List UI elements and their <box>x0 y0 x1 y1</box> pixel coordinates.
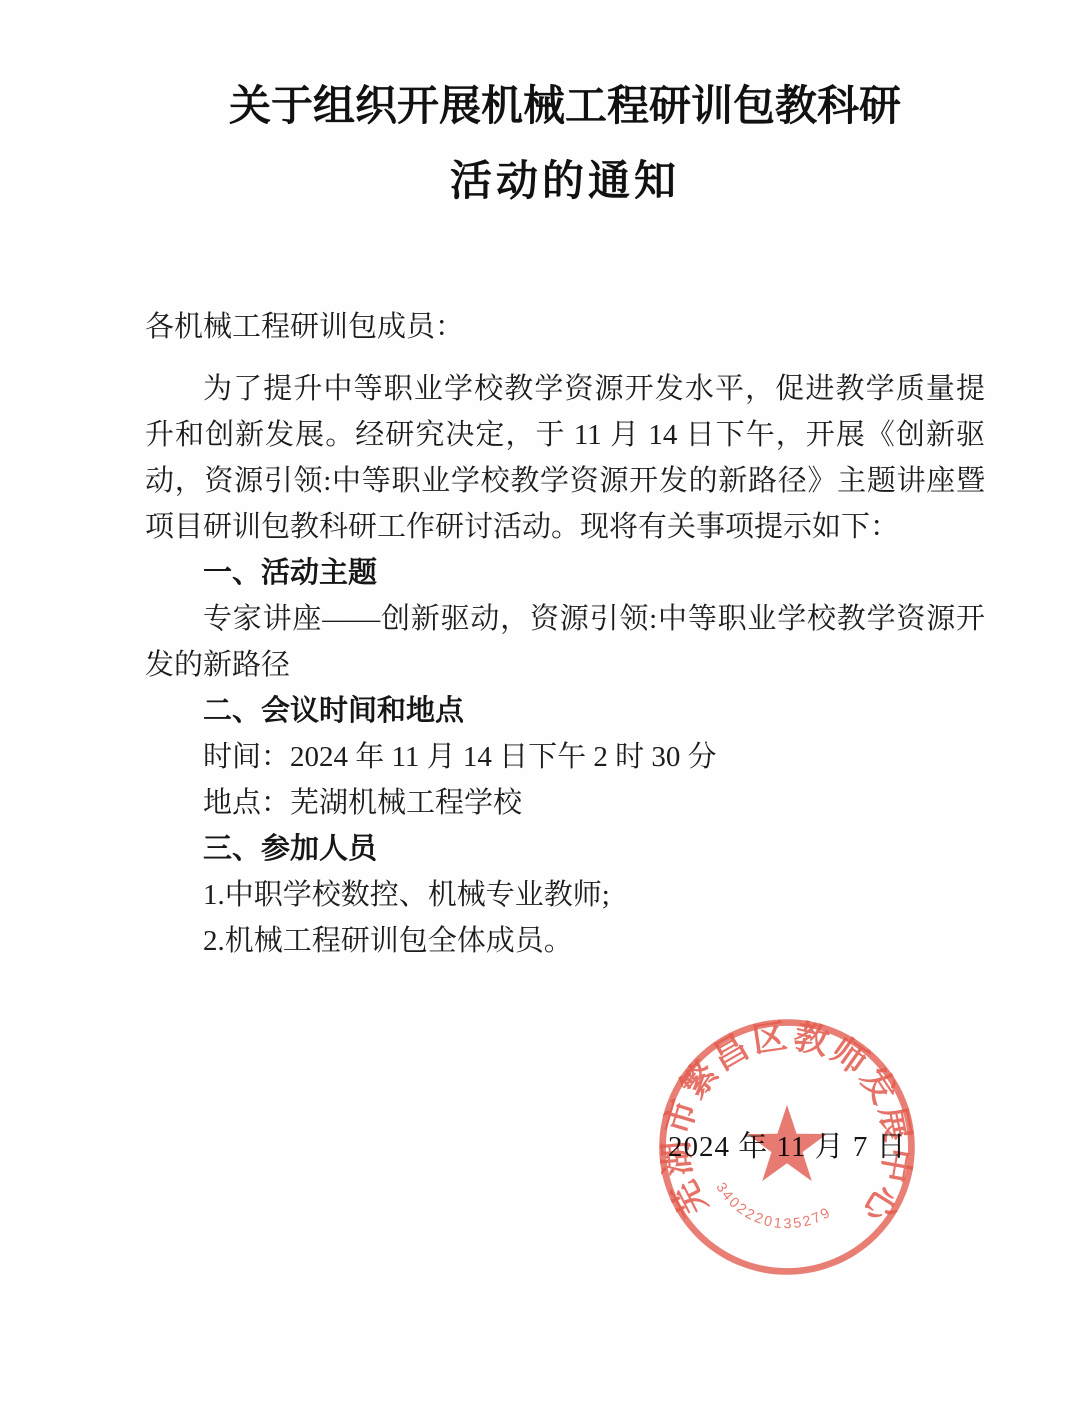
participants-item: 1.中职学校数控、机械专业教师; <box>145 872 985 918</box>
meeting-time-line: 时间：2024 年 11 月 14 日下午 2 时 30 分 <box>145 734 985 780</box>
meeting-place-line: 地点：芜湖机械工程学校 <box>145 780 985 826</box>
seal-serial-number: 3402220135279 <box>712 1180 834 1232</box>
signoff-date: 2024 年 11 月 7 日 <box>668 1124 907 1165</box>
section1-line: 发的新路径 <box>145 642 985 688</box>
document-title-line2: 活动的通知 <box>145 145 985 220</box>
notice-document-page: 关于组织开展机械工程研训包教科研 活动的通知 各机械工程研训包成员： 为了提升中… <box>0 0 1080 1421</box>
document-body: 各机械工程研训包成员： 为了提升中等职业学校教学资源开发水平，促进教学质量提 升… <box>145 304 985 964</box>
section1-heading: 一、活动主题 <box>145 550 985 596</box>
paragraph-line: 升和创新发展。经研究决定，于 11 月 14 日下午，开展《创新驱 <box>145 412 985 458</box>
salutation-line: 各机械工程研训包成员： <box>145 304 985 350</box>
section2-heading: 二、会议时间和地点 <box>145 688 985 734</box>
participants-item: 2.机械工程研训包全体成员。 <box>145 918 985 964</box>
section1-line: 专家讲座——创新驱动，资源引领:中等职业学校教学资源开 <box>145 596 985 642</box>
paragraph-line: 动，资源引领:中等职业学校教学资源开发的新路径》主题讲座暨 <box>145 458 985 504</box>
paragraph-line: 为了提升中等职业学校教学资源开发水平，促进教学质量提 <box>145 366 985 412</box>
paragraph-line: 项目研训包教科研工作研讨活动。现将有关事项提示如下： <box>145 504 985 550</box>
section3-heading: 三、参加人员 <box>145 826 985 872</box>
document-title: 关于组织开展机械工程研训包教科研 活动的通知 <box>145 70 985 220</box>
document-title-line1: 关于组织开展机械工程研训包教科研 <box>145 70 985 145</box>
